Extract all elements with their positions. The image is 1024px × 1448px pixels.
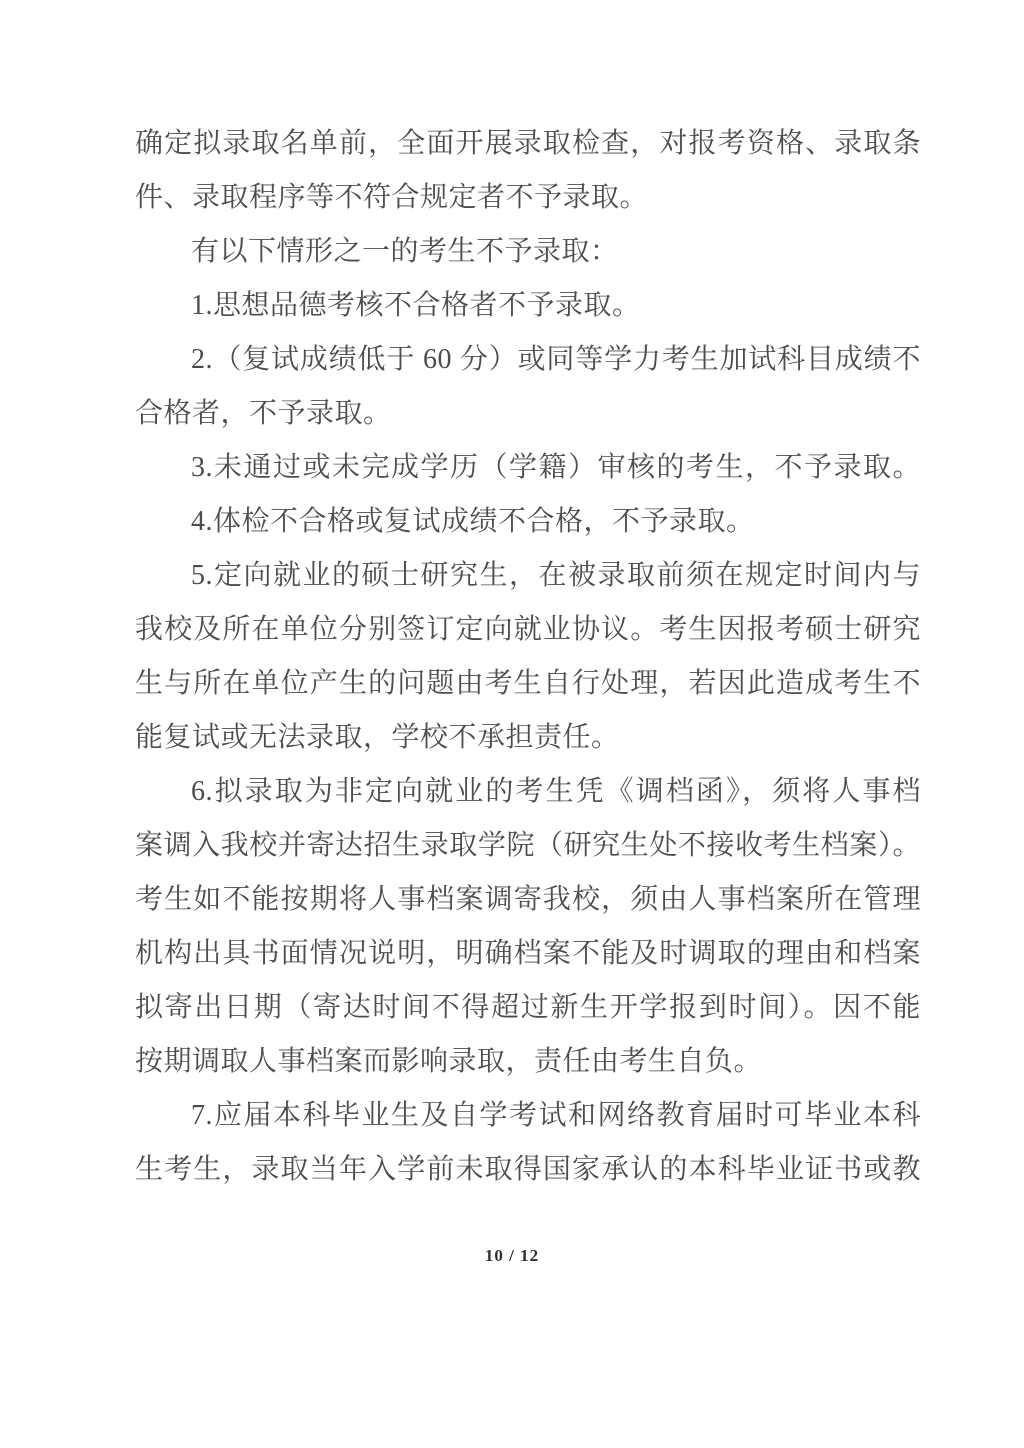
text-line: 5.定向就业的硕士研究生，在被录取前须在规定时间内与 — [135, 549, 921, 603]
text-line: 4.体检不合格或复试成绩不合格，不予录取。 — [135, 495, 921, 549]
text-line: 合格者，不予录取。 — [135, 387, 921, 441]
text-line: 2.（复试成绩低于 60 分）或同等学力考生加试科目成绩不 — [135, 333, 921, 387]
text-line: 生考生，录取当年入学前未取得国家承认的本科毕业证书或教 — [135, 1143, 921, 1197]
text-line: 按期调取人事档案而影响录取，责任由考生自负。 — [135, 1035, 921, 1089]
document-page: 确定拟录取名单前，全面开展录取检查，对报考资格、录取条件、录取程序等不符合规定者… — [0, 0, 1024, 1448]
text-line: 7.应届本科毕业生及自学考试和网络教育届时可毕业本科 — [135, 1089, 921, 1143]
text-line: 能复试或无法录取，学校不承担责任。 — [135, 711, 921, 765]
text-line: 6.拟录取为非定向就业的考生凭《调档函》，须将人事档 — [135, 765, 921, 819]
text-line: 案调入我校并寄达招生录取学院（研究生处不接收考生档案）。 — [135, 819, 921, 873]
document-body: 确定拟录取名单前，全面开展录取检查，对报考资格、录取条件、录取程序等不符合规定者… — [135, 117, 921, 1197]
text-line: 3.未通过或未完成学历（学籍）审核的考生，不予录取。 — [135, 441, 921, 495]
text-line: 确定拟录取名单前，全面开展录取检查，对报考资格、录取条 — [135, 117, 921, 171]
text-line: 考生如不能按期将人事档案调寄我校，须由人事档案所在管理 — [135, 873, 921, 927]
text-line: 拟寄出日期（寄达时间不得超过新生开学报到时间）。因不能 — [135, 981, 921, 1035]
page-number: 10 / 12 — [0, 1246, 1024, 1266]
text-line: 生与所在单位产生的问题由考生自行处理，若因此造成考生不 — [135, 657, 921, 711]
text-line: 件、录取程序等不符合规定者不予录取。 — [135, 171, 921, 225]
text-line: 机构出具书面情况说明，明确档案不能及时调取的理由和档案 — [135, 927, 921, 981]
text-line: 我校及所在单位分别签订定向就业协议。考生因报考硕士研究 — [135, 603, 921, 657]
text-line: 1.思想品德考核不合格者不予录取。 — [135, 279, 921, 333]
text-line: 有以下情形之一的考生不予录取： — [135, 225, 921, 279]
